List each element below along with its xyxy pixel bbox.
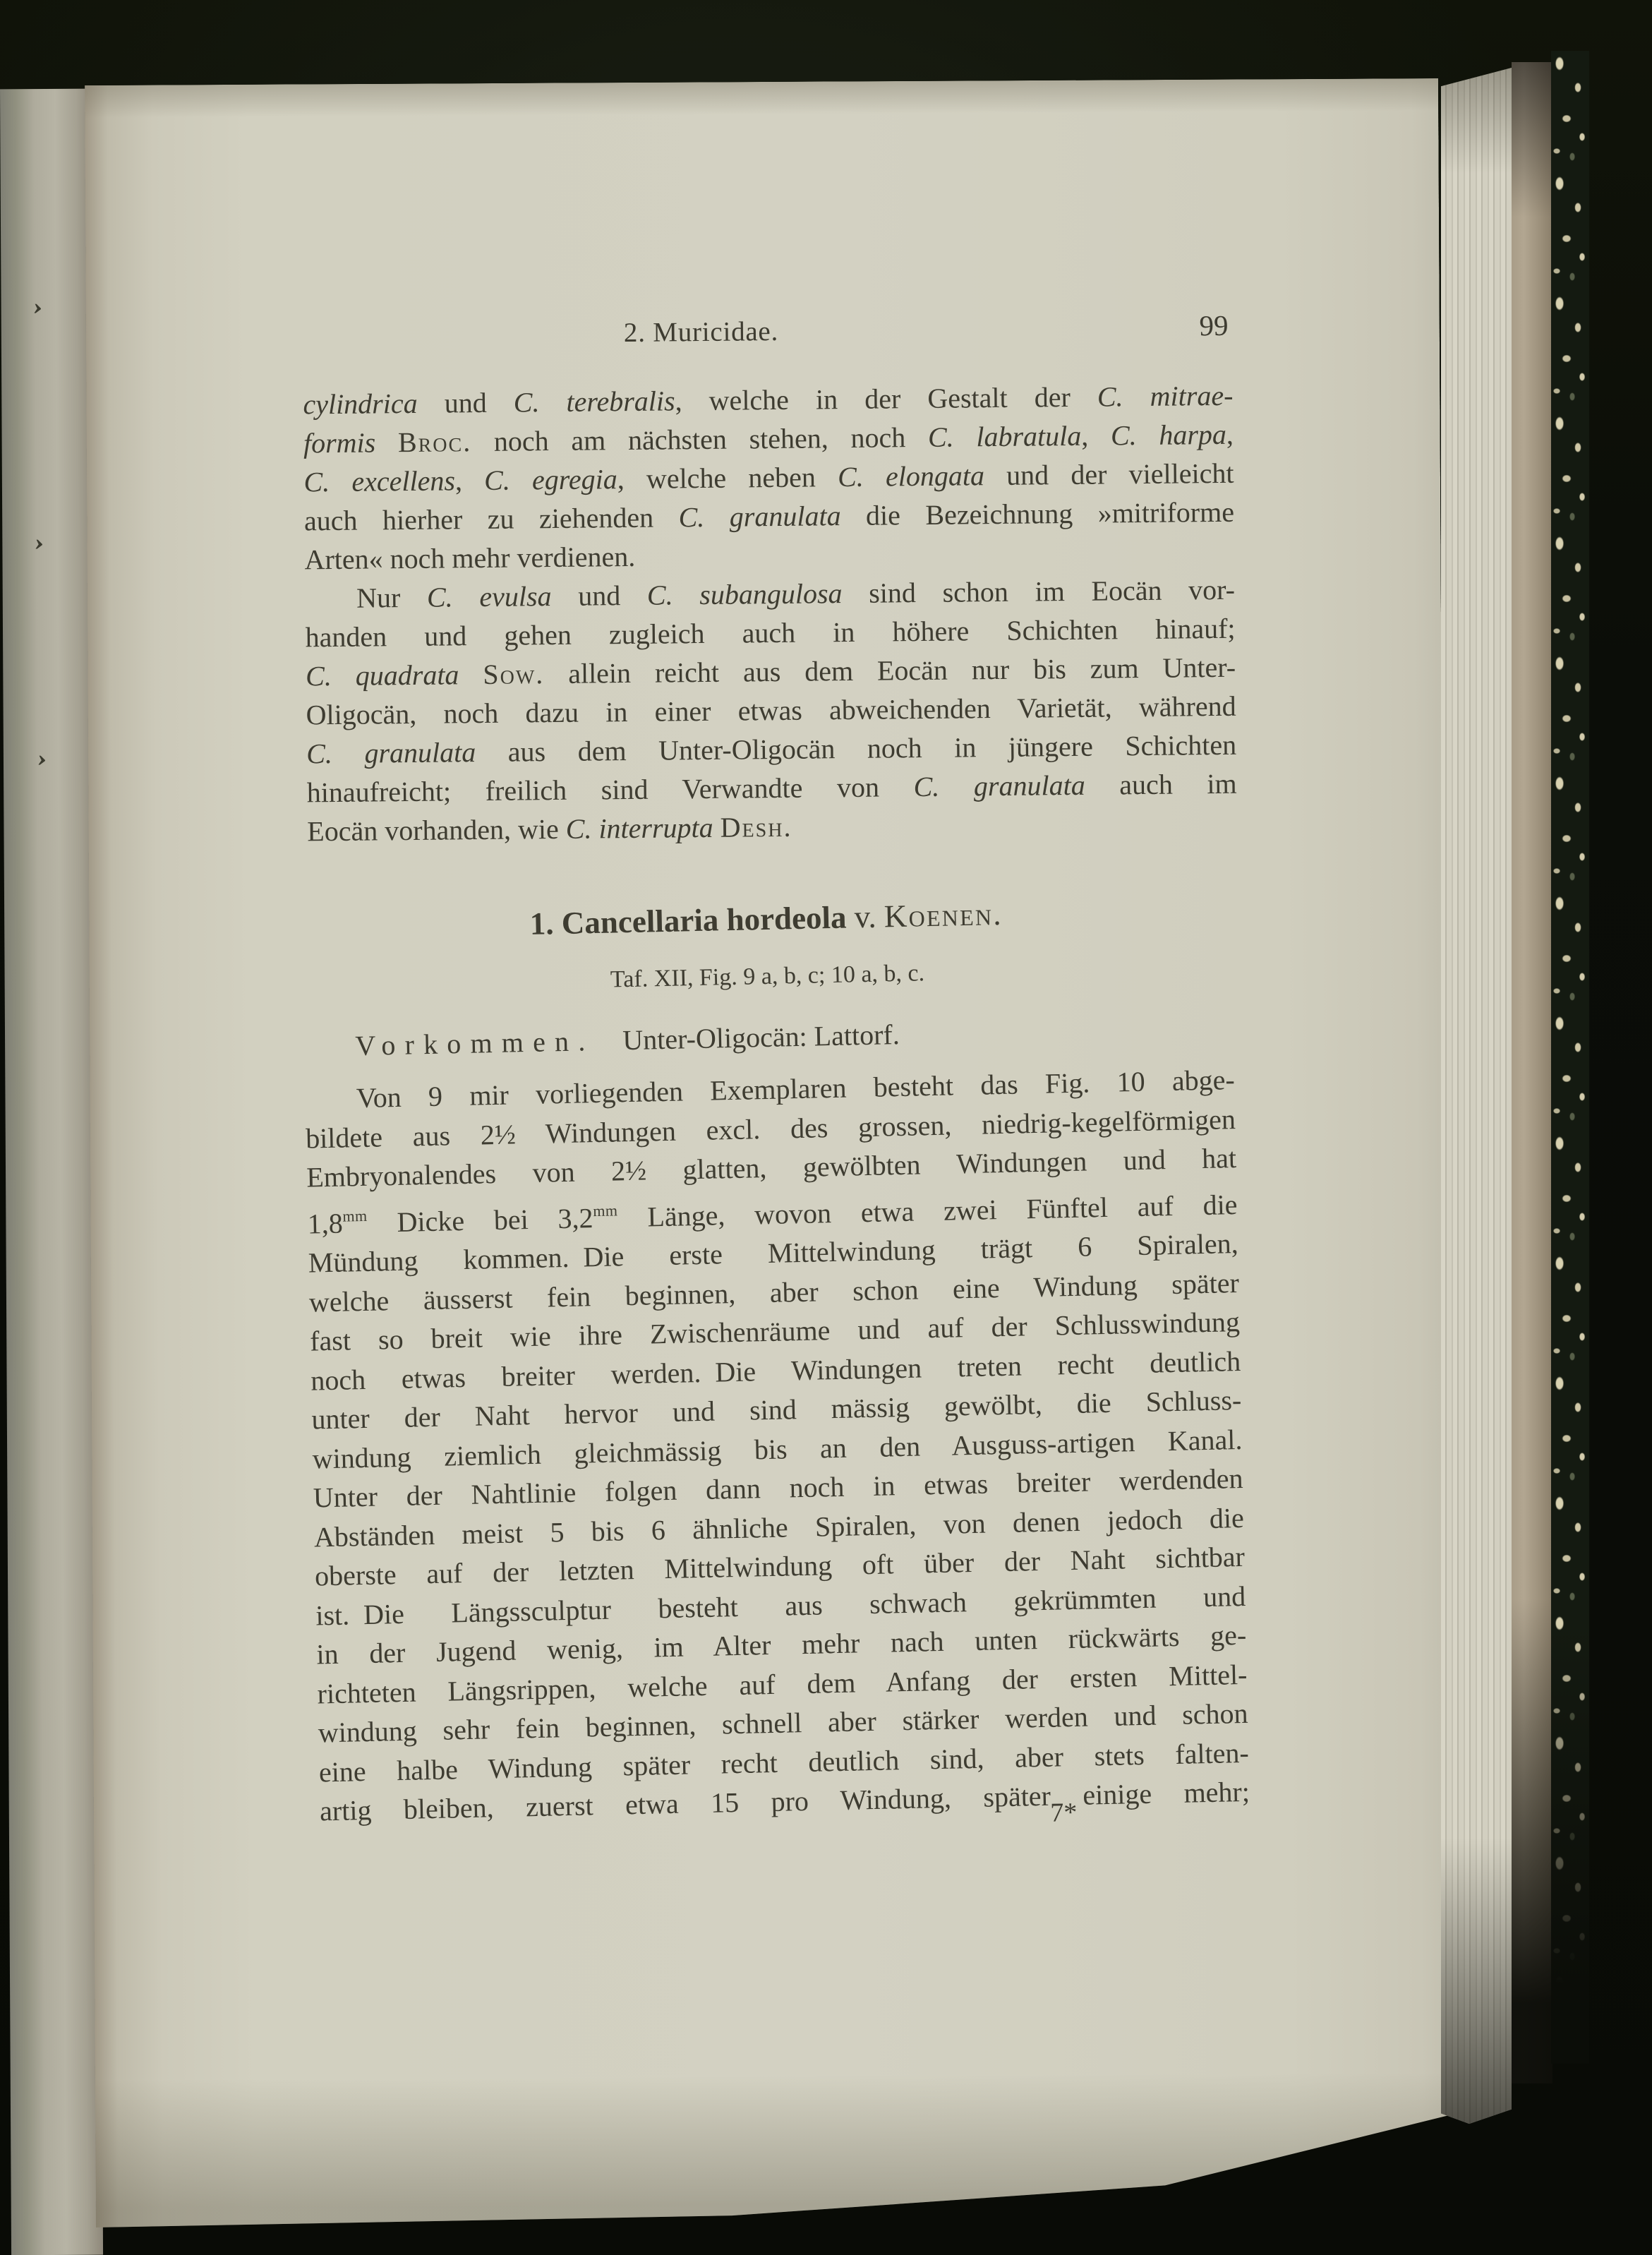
text-segment: mm (593, 1201, 618, 1220)
lower-text-section: 1. Cancellaria hordeola v. Koenen. Taf. … (284, 69, 1258, 2232)
text-line: Taf. XII, Fig. 9 a, b, c; 10 a, b, c. (302, 953, 1233, 1001)
species-heading: 1. Cancellaria hordeola v. Koenen. (301, 888, 1231, 950)
text-segment: v. (846, 898, 884, 934)
species-description: Von 9 mir vorliegenden Exemplaren besteh… (304, 1060, 1250, 1831)
text-segment: Koenen. (884, 896, 1003, 934)
text-segment: 1. Cancellaria hordeola (529, 900, 847, 942)
fore-edge-shadow (1512, 62, 1552, 2083)
signature-mark: 7* (1050, 1793, 1078, 1833)
occurrence-line: Vorkommen. Unter-Oligocän: Lattorf. (303, 1008, 1234, 1066)
text-segment: Taf. XII, Fig. 9 a, b, c; 10 a, b, c. (610, 960, 925, 992)
page-edge-mark: › (32, 295, 44, 320)
page-stack-fore-edge (1441, 68, 1512, 2126)
text-line: Vorkommen. Unter-Oligocän: Lattorf. (303, 1008, 1234, 1066)
page-text-block: 2. Muricidae. 99 cylindrica und C. tereb… (301, 80, 1243, 2229)
book-photo-stage: › › › 2. Muricidae. 99 cylindrica und C.… (0, 0, 1652, 2255)
marbled-cover-edge (1551, 51, 1589, 2064)
text-segment: Vorkommen. (355, 1025, 595, 1062)
text-segment: 1,8 (307, 1207, 343, 1239)
text-segment: Dicke bei 3,2 (367, 1202, 593, 1239)
book-page: 2. Muricidae. 99 cylindrica und C. tereb… (85, 78, 1449, 2230)
text-segment: Unter-Oligocän: Lattorf. (594, 1018, 900, 1057)
text-segment: mm (342, 1206, 368, 1225)
page-edge-mark: › (36, 747, 48, 771)
plate-reference: Taf. XII, Fig. 9 a, b, c; 10 a, b, c. (302, 953, 1233, 1001)
text-segment: , (1226, 419, 1234, 450)
text-line: 1. Cancellaria hordeola v. Koenen. (301, 888, 1231, 950)
page-edge-mark: › (33, 531, 45, 555)
